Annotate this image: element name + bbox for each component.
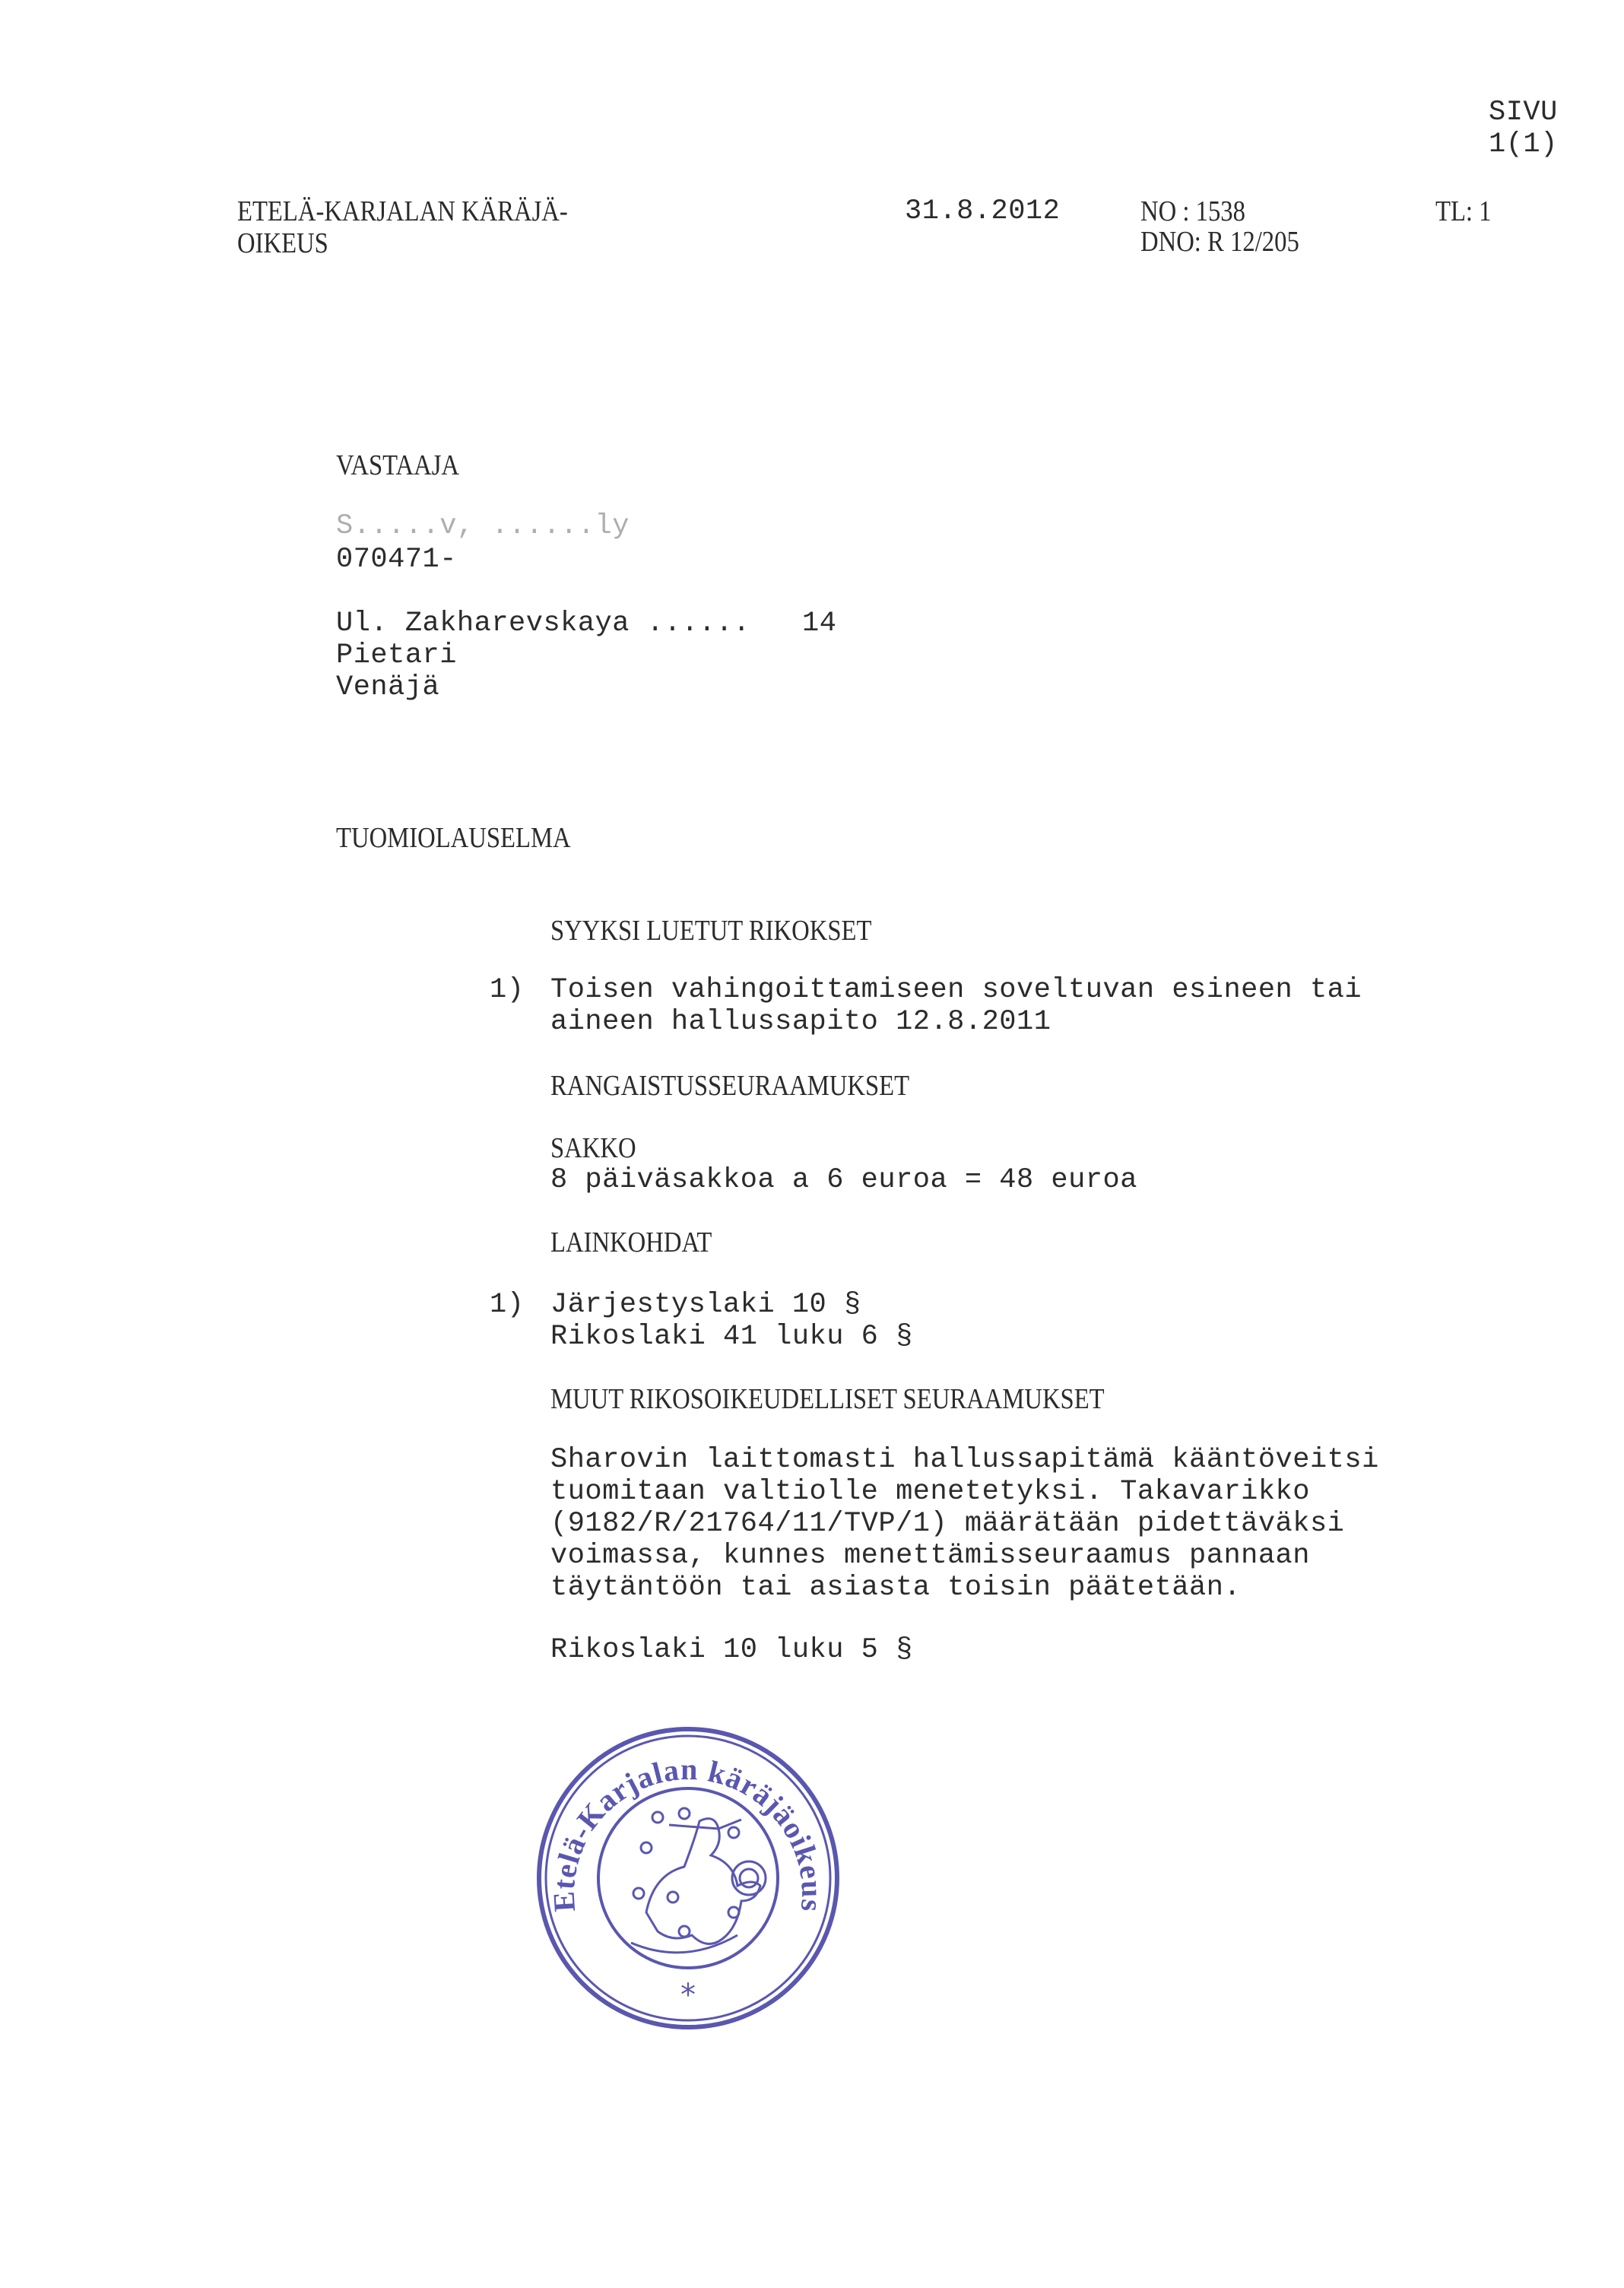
offence-line1: Toisen vahingoittamiseen soveltuvan esin… [550,975,1362,1006]
court-name-line1: ETELÄ-KARJALAN KÄRÄJÄ- [237,196,568,227]
other-consequences-line1: Sharovin laittomasti hallussapitämä kään… [550,1445,1379,1476]
defendant-id: 070471- [336,544,457,576]
other-consequences-line2: tuomitaan valtiolle menetetyksi. Takavar… [550,1477,1310,1508]
defendant-street: Ul. Zakharevskaya ...... 14 [336,608,836,639]
defendant-name-redacted: S.....v, ......ly [336,511,630,542]
judgment-heading: TUOMIOLAUSELMA [336,823,571,854]
decision-number: NO : 1538 [1140,196,1245,227]
fine-heading: SAKKO [550,1133,636,1164]
defendant-heading: VASTAAJA [336,450,459,481]
offence-number: 1) [490,975,524,1006]
other-consequences-line3: (9182/R/21764/11/TVP/1) määrätään pidett… [550,1509,1344,1540]
provision-number: 1) [490,1290,524,1321]
other-consequences-law: Rikoslaki 10 luku 5 § [550,1635,913,1666]
tl-number: TL: 1 [1435,196,1492,227]
decision-date: 31.8.2012 [905,196,1060,227]
provision-line1: Järjestyslaki 10 § [550,1290,861,1321]
defendant-city: Pietari [336,640,457,671]
court-seal-stamp: Etelä-Karjalan käräjäoikeus * [532,1722,844,2034]
court-name-line2: OIKEUS [237,228,328,259]
page-number: 1(1) [1489,129,1558,160]
other-consequences-heading: MUUT RIKOSOIKEUDELLISET SEURAAMUKSET [550,1384,1105,1415]
star-icon: * [680,1978,696,2013]
fine-amount: 8 päiväsakkoa a 6 euroa = 48 euroa [550,1165,1137,1196]
offences-heading: SYYKSI LUETUT RIKOKSET [550,916,871,947]
provision-line2: Rikoslaki 41 luku 6 § [550,1322,913,1353]
defendant-country: Venäjä [336,672,439,703]
offence-line2: aineen hallussapito 12.8.2011 [550,1007,1051,1038]
penalties-heading: RANGAISTUSSEURAAMUKSET [550,1071,909,1102]
other-consequences-line5: täytäntöön tai asiasta toisin päätetään. [550,1572,1241,1604]
case-number: DNO: R 12/205 [1140,227,1299,258]
other-consequences-line4: voimassa, kunnes menettämisseuraamus pan… [550,1541,1310,1572]
provisions-heading: LAINKOHDAT [550,1227,712,1258]
page-label: SIVU [1489,97,1558,129]
coat-of-arms-lion-icon [631,1808,766,1953]
